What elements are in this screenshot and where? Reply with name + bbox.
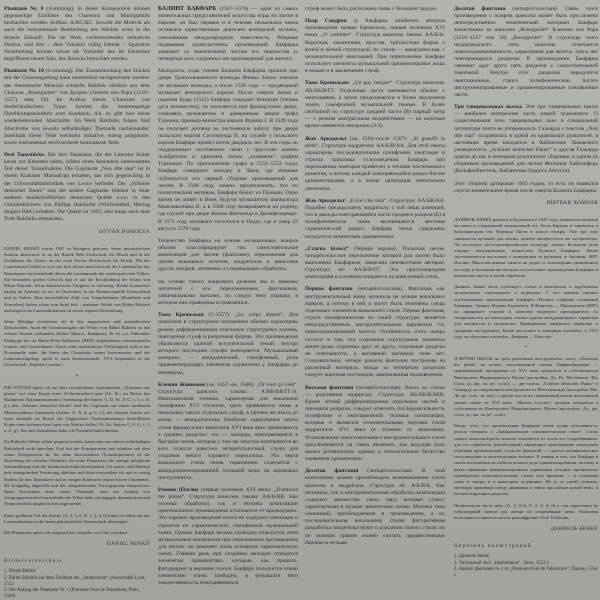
illustrations-list: 1. Dániel Benkő 2. Bálint Bakfark auf de… <box>4 569 150 599</box>
illustration-item: 2. Bálint Bakfark auf dem Titelblatt der… <box>4 576 150 588</box>
paragraph: Первая фантазия (четырёхголосная). Фанта… <box>305 286 445 379</box>
edition-note: Die Phantasien spiele ich aufgrund der A… <box>4 530 150 536</box>
performance-style-paragraph: Da Bakfarks Werke selten gespielt werden… <box>4 439 150 507</box>
paragraph: Творчество Бакфарка на основе музыкальны… <box>158 238 298 274</box>
paragraph: Романо (Паган) (первая половина XVI века… <box>158 487 298 587</box>
column-german: Phantasie Nr. 8 (4-stimmig). In dieser K… <box>4 6 150 600</box>
paragraph: Восьмая фантазия (четырёхголосная). Пьес… <box>305 385 445 464</box>
illustration-item: 3. Der Anfang der Phantasie Nr. 1 (Premi… <box>4 588 150 600</box>
performer-bio-continued: Seine Beiträge erscheinen oft in den ung… <box>4 319 150 369</box>
instruments-paragraph: Я ИГРАЮ ПЬЕСЫ на трёх различных инструме… <box>454 356 598 418</box>
paragraph: Этот сборник датирован 1603 годом, то ес… <box>454 181 598 195</box>
transcription-note: Einen größeren Teil der Stücke (A. 2, 5–… <box>4 513 150 525</box>
performer-bio-continued: Даниель Бенкё часто публикует статьи в в… <box>454 284 598 340</box>
paragraph: Жак Аркадельт (ок. 1504–после 1567): „Si… <box>305 136 445 193</box>
paragraph: Десятая фантазия (четырёхголосная). Связ… <box>454 6 598 99</box>
paragraph: Phantasie Nr. 8 (4-stimmig). In dieser K… <box>4 6 150 63</box>
paragraph: Drei Tanzstücke. Die drei Tanzsätze, die… <box>4 152 150 224</box>
paragraph: БАЛИНТ БАКФАРК (1507–1576) — один из сам… <box>158 6 298 63</box>
performer-bio: DANIEL BENKŐ wurde 1947 in Budapest gebo… <box>4 246 150 314</box>
paragraph: Phantasie Nr. 10 (4-stimmig). Der Zusamm… <box>4 68 150 147</box>
paragraph: На основе такого жанрового деления мы и … <box>158 279 298 308</box>
author-signature: ИШТВАН ХОМОЛЯ <box>454 200 598 207</box>
paragraph: Десятая фантазия (четырёхголосная). В эт… <box>305 468 445 547</box>
section-separator: * <box>454 345 598 352</box>
paragraph: Клеман Жаннекен (ок. 1457–ок. 1560): „Or… <box>158 382 298 482</box>
performer-signature: DANIEL BENKŐ <box>4 541 150 548</box>
author-signature: ISTVÁN HOMOLYA <box>4 229 150 236</box>
illustrations-heading: Перечень иллюстраций <box>454 543 598 550</box>
liner-notes-page: Phantasie Nr. 8 (4-stimmig). In dieser K… <box>0 0 600 600</box>
paragraph: Пьер Сандрен (у Бакфарка ошибочно авторо… <box>305 18 445 75</box>
paragraph: Тома Кревильон: „Un gay bergier“. Структ… <box>305 80 445 130</box>
illustration-item: 3. Начало фантазии № 1 из „Premiere livr… <box>454 567 598 579</box>
performer-signature: ДАНИЕЛЬ БЕНКЁ <box>454 526 598 533</box>
illustrations-heading: Bilderverzeichnis <box>4 558 150 565</box>
performer-bio: ДАНИЕЛЬ БЕНКЁ родился в Будапеште в 1947… <box>454 217 598 279</box>
paragraph: Тома Кревильон (?–1557): „Le corps absen… <box>158 312 298 376</box>
paragraph: Молодость, годы учения Балинта Бакфарка … <box>158 68 298 233</box>
paragraph: Три танцевальных пьесы. Эти три танцевал… <box>454 104 598 176</box>
paragraph: Жак Аркадельт: „Il ciel che rado“. Струк… <box>305 198 445 241</box>
column-russian-3: Десятая фантазия (четырёхголосная). Связ… <box>454 6 598 600</box>
section-separator: * <box>4 374 150 381</box>
transcription-note: Наибольшую часть пьес (А. 2, 5–6, Б. 1, … <box>454 503 598 522</box>
performance-style-paragraph: Ввиду того, что произведения Бакфарка оч… <box>454 423 598 497</box>
illustrations-list: 1. Даниель Бенкё 2. Титульный лист „Inta… <box>454 554 598 578</box>
instruments-paragraph: DIE STÜCKE spiele ich auf drei verschied… <box>4 385 150 435</box>
column-russian-1: БАЛИНТ БАКФАРК (1507–1576) — один из сам… <box>158 6 298 600</box>
paragraph: „Czarna krowa“ (Чёрная корова). Польская… <box>305 246 445 282</box>
column-russian-2: строф может быть распознана лишь с больш… <box>305 6 445 600</box>
paragraph: строф может быть распознана лишь с больш… <box>305 6 445 13</box>
